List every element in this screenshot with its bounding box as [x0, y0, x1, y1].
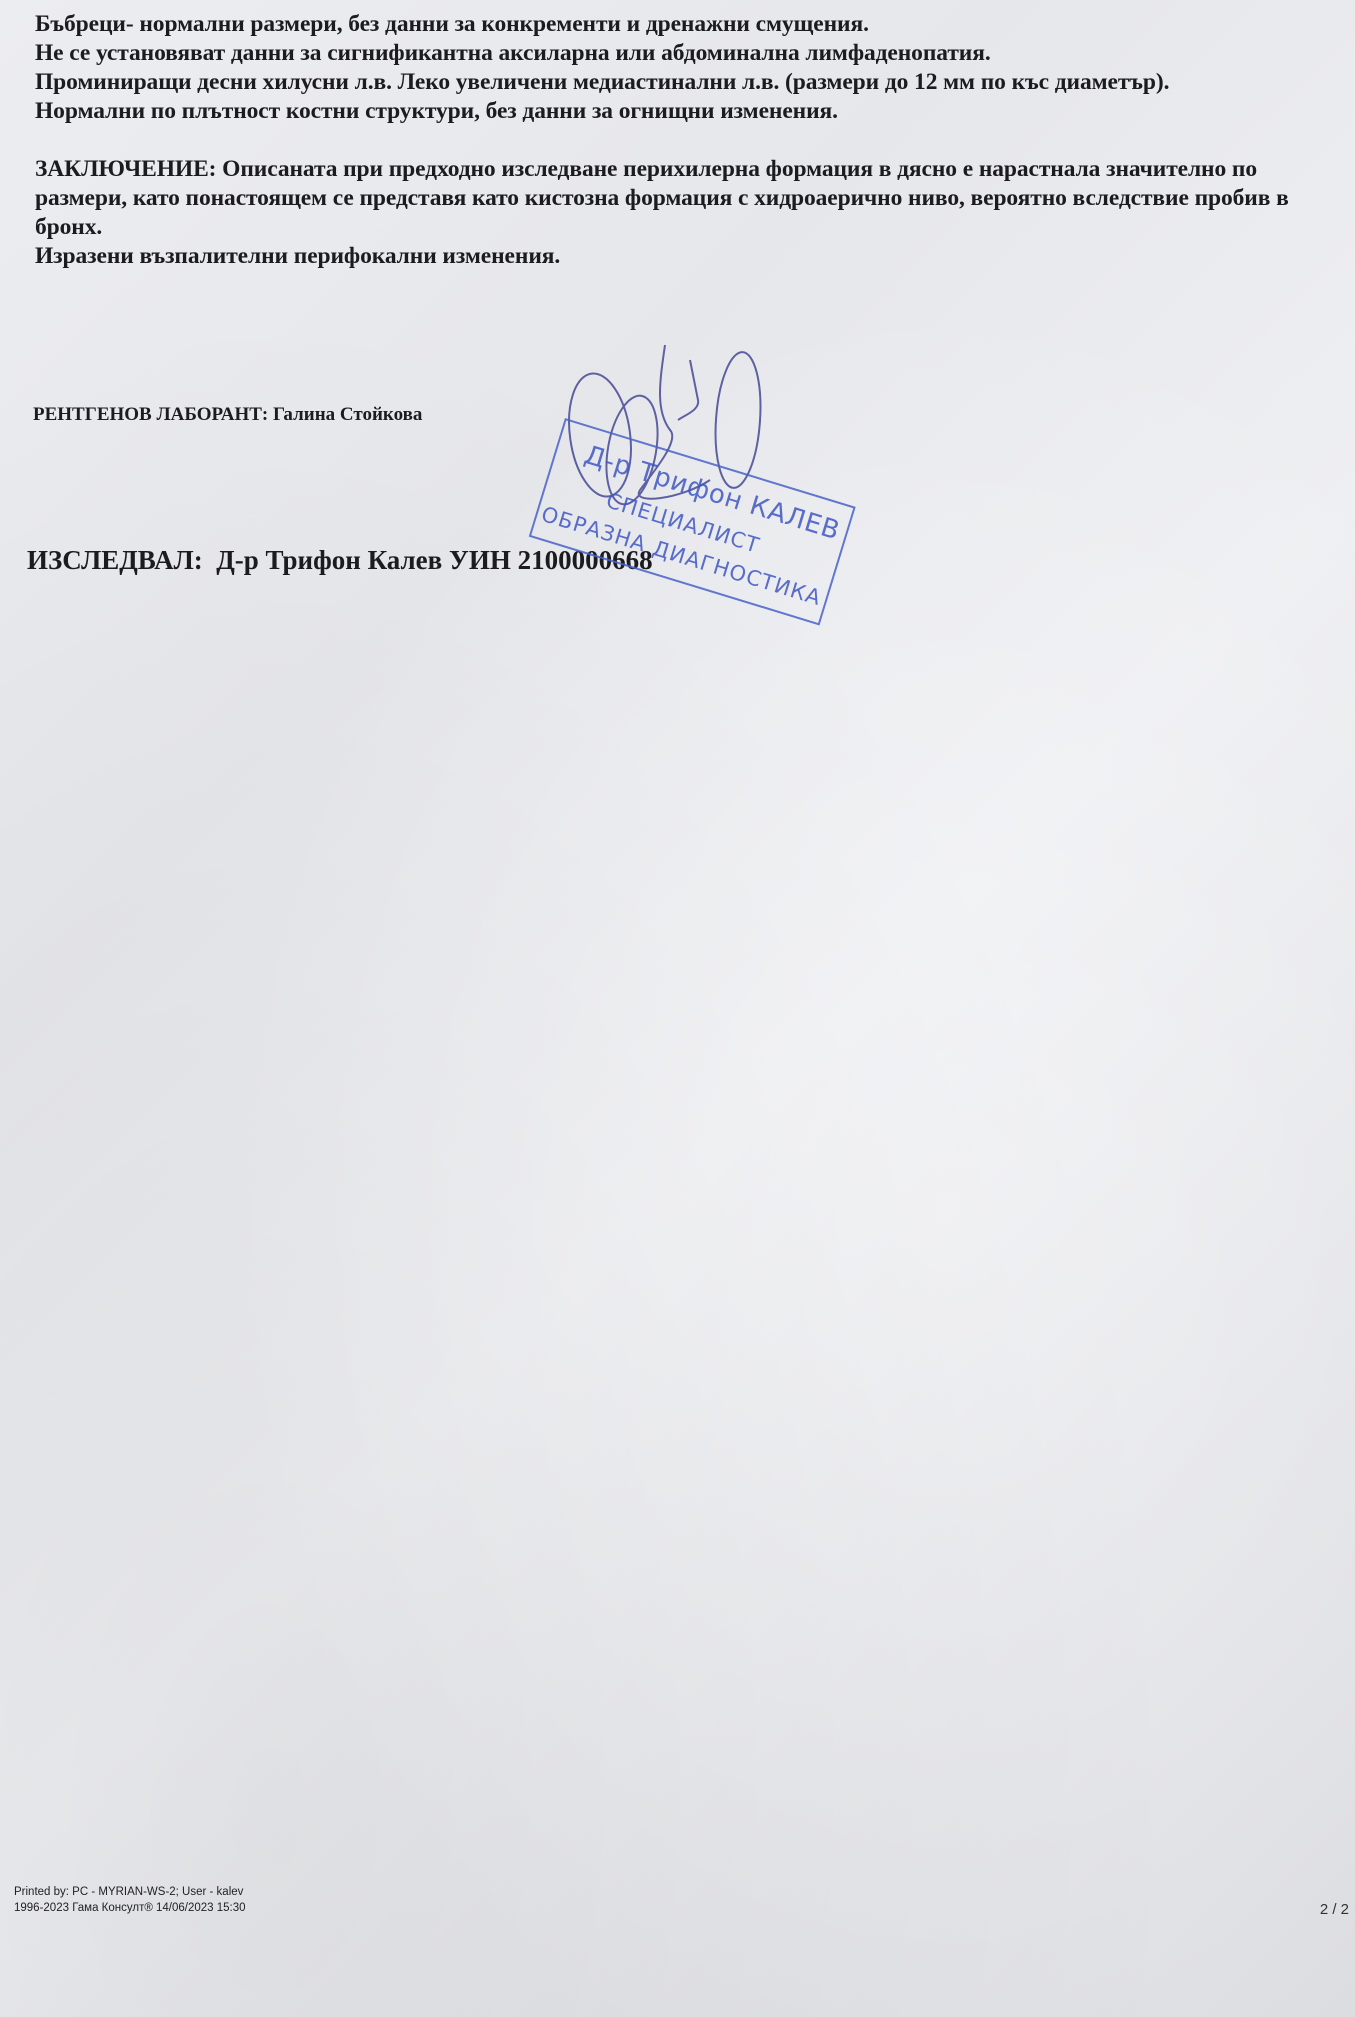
conclusion-label: ЗАКЛЮЧЕНИЕ:	[35, 156, 216, 182]
examined-by-name: Д-р Трифон Калев	[216, 545, 442, 575]
paper-background	[0, 0, 1355, 2017]
lab-assistant-line: РЕНТГЕНОВ ЛАБОРАНТ: Галина Стойкова	[33, 404, 422, 426]
conclusion: ЗАКЛЮЧЕНИЕ: Описаната при предходно изсл…	[35, 155, 1345, 242]
print-footer: Printed by: PC - MYRIAN-WS-2; User - kal…	[14, 1884, 246, 1916]
finding-lymphadenopathy: Не се установяват данни за сигнификантна…	[35, 39, 1345, 68]
examined-by-line: ИЗСЛЕДВАЛ: Д-р Трифон Калев УИН 21000006…	[27, 545, 653, 576]
lab-assistant-label: РЕНТГЕНОВ ЛАБОРАНТ:	[33, 404, 268, 425]
report-body: Бъбреци- нормални размери, без данни за …	[35, 10, 1345, 271]
uin-label: УИН	[449, 545, 511, 575]
doctor-stamp: Д-р Трифон КАЛЕВ СПЕЦИАЛИСТ ОБРАЗНА ДИАГ…	[529, 418, 856, 625]
lab-assistant-name: Галина Стойкова	[273, 404, 422, 425]
spacer	[35, 126, 1345, 155]
conclusion-text: Описаната при предходно изследване перих…	[35, 156, 1289, 240]
finding-bones: Нормални по плътност костни структури, б…	[35, 97, 1345, 126]
finding-kidneys: Бъбреци- нормални размери, без данни за …	[35, 10, 1345, 39]
page-number: 2 / 2	[1320, 1901, 1349, 1918]
finding-lymph-nodes: Проминиращи десни хилусни л.в. Леко увел…	[35, 68, 1345, 97]
examined-by-label: ИЗСЛЕДВАЛ:	[27, 545, 203, 575]
copyright-timestamp: 1996-2023 Гама Консулт® 14/06/2023 15:30	[14, 1900, 246, 1916]
printed-by: Printed by: PC - MYRIAN-WS-2; User - kal…	[14, 1884, 246, 1900]
conclusion-extra: Изразени възпалителни перифокални измене…	[35, 242, 1345, 271]
